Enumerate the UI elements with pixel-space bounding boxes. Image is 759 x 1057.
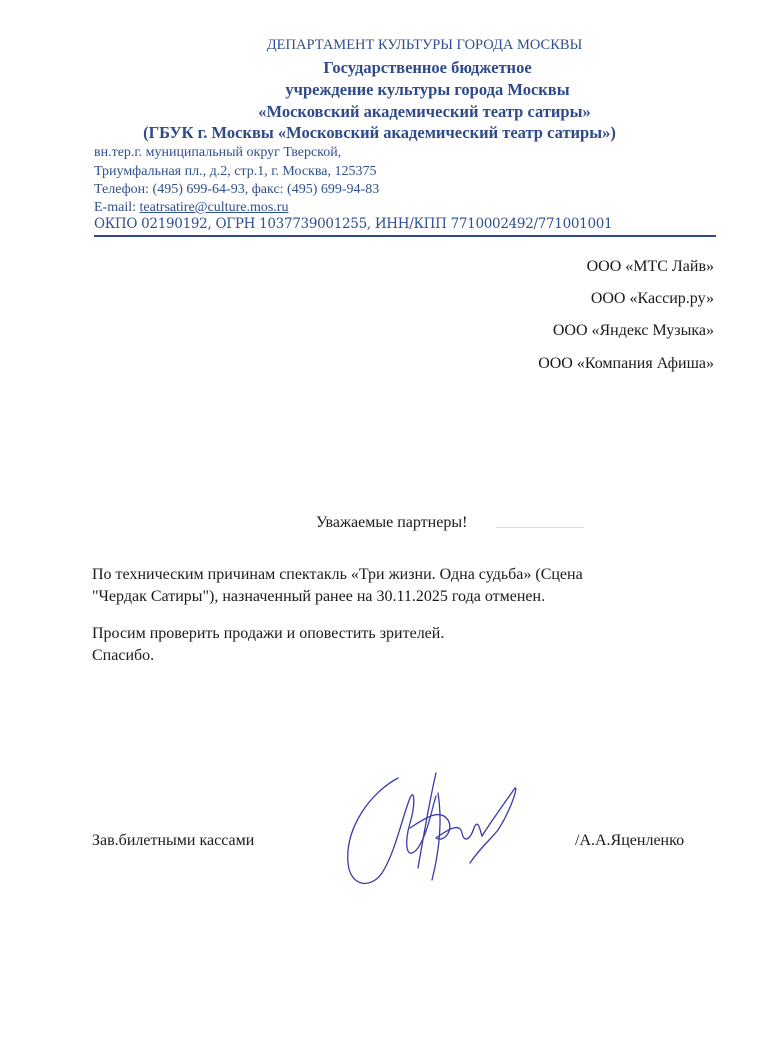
letterhead-department: ДЕПАРТАМЕНТ КУЛЬТУРЫ ГОРОДА МОСКВЫ xyxy=(45,37,759,54)
paragraph-request: Просим проверить продажи и оповестить зр… xyxy=(92,623,712,667)
registry-line: ОКПО 02190192, ОГРН 1037739001255, ИНН/К… xyxy=(94,215,612,234)
recipient: ООО «Компания Афиша» xyxy=(538,355,714,373)
letterhead-org-line1: Государственное бюджетное xyxy=(48,58,759,78)
letterhead-org-line2: учреждение культуры города Москвы xyxy=(48,80,759,100)
email-link[interactable]: teatrsatire@culture.mos.ru xyxy=(140,200,289,215)
letterhead-divider xyxy=(94,235,716,237)
signatory-name: /А.А.Яценленко xyxy=(575,832,684,850)
paragraph-cancellation: По техническим причинам спектакль «Три ж… xyxy=(92,564,712,608)
address-line2: Триумфальная пл., д.2, стр.1, г. Москва,… xyxy=(94,162,376,181)
recipient: ООО «МТС Лайв» xyxy=(587,258,714,276)
paragraph-line: По техническим причинам спектакль «Три ж… xyxy=(92,564,712,586)
recipient: ООО «Кассир.ру» xyxy=(591,290,714,308)
letterhead-org-line4: (ГБУК г. Москвы «Московский академически… xyxy=(0,123,759,143)
address-line1: вн.тер.г. муниципальный округ Тверской, xyxy=(94,143,341,162)
handwritten-signature xyxy=(340,768,530,893)
letterhead-org-line3: «Московский академический театр сатиры» xyxy=(45,102,759,122)
paragraph-line: "Чердак Сатиры"), назначенный ранее на 3… xyxy=(92,586,712,608)
greeting: Уважаемые партнеры! xyxy=(316,514,467,532)
scan-mark xyxy=(496,527,584,528)
email-label: E-mail: xyxy=(94,200,140,215)
phone-line: Телефон: (495) 699-64-93, факс: (495) 69… xyxy=(94,180,379,199)
paragraph-line: Спасибо. xyxy=(92,645,712,667)
recipient: ООО «Яндекс Музыка» xyxy=(553,322,714,340)
paragraph-line: Просим проверить продажи и оповестить зр… xyxy=(92,623,712,645)
signatory-role: Зав.билетными кассами xyxy=(92,832,254,850)
